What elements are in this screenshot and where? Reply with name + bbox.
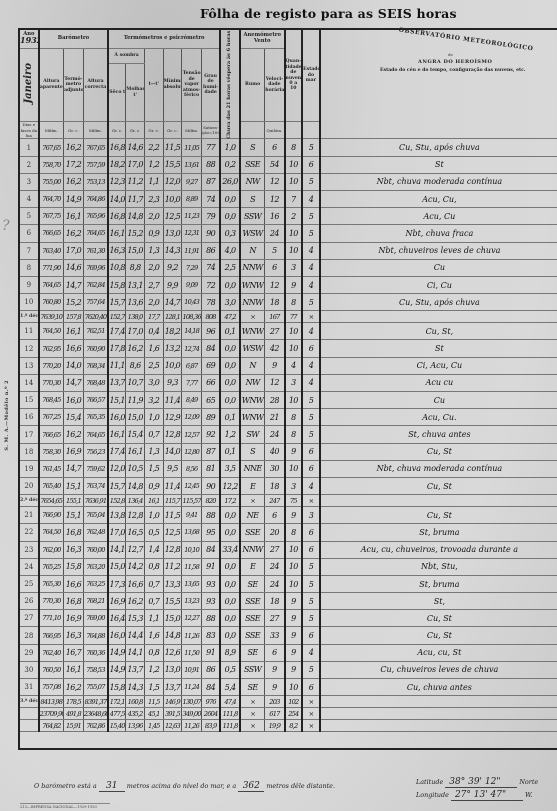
seco-cell: 14,0 <box>108 190 126 207</box>
alt-ap-cell: 755,00 <box>39 173 64 190</box>
min-cell: 18,2 <box>163 323 182 340</box>
day-cell: 26 <box>20 593 39 610</box>
nuv-cell: 10 <box>285 392 303 409</box>
alt-ap-cell: 758,30 <box>39 443 64 460</box>
diff-cell: 1,45 <box>144 720 163 732</box>
hum-cell: 74 <box>202 259 221 276</box>
chuva-cell: 0,0 <box>220 558 240 575</box>
seco-cell: 14,9 <box>108 661 126 678</box>
day-cell: 3 <box>20 173 39 190</box>
term-cell: 14,7 <box>64 374 84 391</box>
seco-cell: 16,1 <box>108 426 126 443</box>
nuv-cell: 9 <box>285 661 303 678</box>
remark-cell: Cu, Stu, após chuva <box>320 294 557 311</box>
term-cell: 15,8 <box>64 558 84 575</box>
molh-cell: 136,4 <box>126 495 145 507</box>
mar-cell: 6 <box>302 679 320 696</box>
vel-cell: 40 <box>265 443 285 460</box>
min-cell: 12,8 <box>163 426 182 443</box>
register-table: Ano 1932 Barómetro Termómetros e psicróm… <box>20 30 557 732</box>
hum-cell: 86 <box>202 661 221 678</box>
day-cell: 1 <box>20 139 39 156</box>
min-cell: 11,4 <box>163 477 182 494</box>
seco-cell: 15,8 <box>108 679 126 696</box>
tens-cell: 12,57 <box>182 426 202 443</box>
molh-cell: 14,3 <box>126 679 145 696</box>
vel-cell: 54 <box>265 156 285 173</box>
table-row: 17766,6516,2764,6516,115,40,712,812,5792… <box>20 426 557 443</box>
printer-imprint: 213—IMPRENSA NACIONAL—1929-1930 <box>20 803 110 809</box>
tens-cell: 130,07 <box>182 696 202 708</box>
rumo-cell: NE <box>240 507 265 524</box>
molh-cell: 12,7 <box>126 541 145 558</box>
alt-ap-cell: 765,40 <box>39 477 64 494</box>
chuva-cell: 12,2 <box>220 477 240 494</box>
alt-ap-cell: 764,50 <box>39 323 64 340</box>
table-row: 29762,4016,7760,3614,914,10,812,611,5091… <box>20 644 557 661</box>
molh-cell: 13,1 <box>126 276 145 293</box>
mar-cell: 6 <box>302 443 320 460</box>
tens-cell: 10,91 <box>182 661 202 678</box>
remark-cell: St, bruma <box>320 524 557 541</box>
vel-cell: 27 <box>265 610 285 627</box>
day-cell: 30 <box>20 661 39 678</box>
diff-header: t—t' <box>144 48 163 122</box>
table-row: 30760,5016,1758,5314,913,71,213,010,9186… <box>20 661 557 678</box>
hum-cell: 87 <box>202 443 221 460</box>
molh-cell: 14,6 <box>126 139 145 156</box>
day-cell: 9 <box>20 276 39 293</box>
alt-ap-cell: 767,75 <box>39 208 64 225</box>
hum-cell: 65 <box>202 392 221 409</box>
table-row: 18758,3016,9756,2317,416,11,314,012,8087… <box>20 443 557 460</box>
hum-cell: 90 <box>202 477 221 494</box>
table-row: 25765,3016,6763,2517,316,60,713,313,6593… <box>20 575 557 592</box>
rumo-cell: NNW <box>240 541 265 558</box>
table-row: 20765,4015,1763,7415,714,80,911,412,4590… <box>20 477 557 494</box>
table-row: 2758,7017,2757,5918,217,01,215,513,61880… <box>20 156 557 173</box>
nuvens-header: Quan-tidade de nuvens 0 a 10 <box>285 30 303 122</box>
alt-cor-cell: 761,30 <box>83 242 108 259</box>
rumo-cell: S <box>240 139 265 156</box>
diff-cell: 1,5 <box>144 460 163 477</box>
seco-cell: 17,8 <box>108 340 126 357</box>
rumo-cell: SSE <box>240 524 265 541</box>
vel-cell: 167 <box>265 311 285 323</box>
table-row: 28766,9516,3764,8816,014,41,614,811,2683… <box>20 627 557 644</box>
seco-cell: 16,0 <box>108 627 126 644</box>
table-row: 31757,0816,2755,0715,814,31,513,711,2484… <box>20 679 557 696</box>
molh-cell: 138,0 <box>126 311 145 323</box>
vel-cell: 21 <box>265 409 285 426</box>
rumo-cell: SW <box>240 426 265 443</box>
remark-cell: Cu, St <box>320 627 557 644</box>
remark-cell: Cu, chuveiros leves de chuva <box>320 661 557 678</box>
chuva-cell: 0,0 <box>220 575 240 592</box>
rumo-cell: NNE <box>240 460 265 477</box>
tens-cell: 11,58 <box>182 558 202 575</box>
min-cell: 391,5 <box>163 708 182 720</box>
mar-cell: 6 <box>302 340 320 357</box>
table-row: 9764,6514,7762,8415,813,12,79,99,09720,0… <box>20 276 557 293</box>
nuv-cell: 2 <box>285 208 303 225</box>
diff-cell: 1,3 <box>144 443 163 460</box>
alt-ap-cell: 765,25 <box>39 558 64 575</box>
rumo-cell: WSW <box>240 225 265 242</box>
alt-cor-cell: 766,57 <box>83 392 108 409</box>
tens-cell: 11,26 <box>182 627 202 644</box>
tens-cell: 7,77 <box>182 374 202 391</box>
molh-cell: 16,5 <box>126 524 145 541</box>
seco-cell: 15,1 <box>108 392 126 409</box>
diff-cell: 2,0 <box>144 259 163 276</box>
term-cell: 16,2 <box>64 679 84 696</box>
remark-cell: Acu, Cu. <box>320 409 557 426</box>
vel-cell: 6 <box>265 507 285 524</box>
seco-cell: 16,8 <box>108 139 126 156</box>
table-row: 12762,9516,6760,9017,816,21,613,212,7484… <box>20 340 557 357</box>
sea-distance: 362 <box>238 781 264 792</box>
term-cell: 14,0 <box>64 357 84 374</box>
chuva-cell: 5,4 <box>220 679 240 696</box>
tens-cell: 11,24 <box>182 679 202 696</box>
remark-cell: Nbt, chuva fraca <box>320 225 557 242</box>
chuva-cell: 0,0 <box>220 524 240 541</box>
termometros-group-header: Termómetros e psicrómetro <box>108 30 220 48</box>
min-cell: 13,2 <box>163 340 182 357</box>
tens-cell: 11,26 <box>182 720 202 732</box>
seco-cell: 15,40 <box>108 720 126 732</box>
seco-cell: 17,4 <box>108 443 126 460</box>
chuva-cell: 0,0 <box>220 190 240 207</box>
alt-ap-cell: 770,30 <box>39 374 64 391</box>
remark-cell: Cu <box>320 392 557 409</box>
chuva-cell: 111,8 <box>220 708 240 720</box>
molh-cell: 15,0 <box>126 409 145 426</box>
velocidade-header: Veloci-dade horária <box>265 48 285 122</box>
term-cell: 16,2 <box>64 173 84 190</box>
vel-cell: 12 <box>265 374 285 391</box>
mar-cell: 6 <box>302 524 320 541</box>
nuv-cell: 9 <box>285 507 303 524</box>
seco-cell: 17,0 <box>108 524 126 541</box>
termometro-adjunto-header: Termó-metro adjunto <box>64 48 84 122</box>
chuva-cell: 0,0 <box>220 276 240 293</box>
tens-cell: 13,65 <box>182 575 202 592</box>
margin-mark: ? <box>2 218 10 234</box>
tens-cell: 12,74 <box>182 340 202 357</box>
altura-aparente-header: Altura aparente <box>39 48 64 122</box>
seco-cell: 152,7 <box>108 311 126 323</box>
term-cell: 17,2 <box>64 156 84 173</box>
tens-cell: 115,57 <box>182 495 202 507</box>
table-row: 22764,5016,8762,4817,016,50,512,513,6895… <box>20 524 557 541</box>
chuva-cell: 0,0 <box>220 627 240 644</box>
nuv-cell: 10 <box>285 156 303 173</box>
hum-cell: 83 <box>202 627 221 644</box>
alt-ap-cell: 7654,65 <box>39 495 64 507</box>
term-cell: 16,2 <box>64 225 84 242</box>
chuva-cell: 0,0 <box>220 507 240 524</box>
vel-cell: 9 <box>265 679 285 696</box>
min-cell: 14,8 <box>163 627 182 644</box>
nuv-cell: 9 <box>285 443 303 460</box>
decade-label <box>20 720 39 732</box>
hum-cell: 84 <box>202 679 221 696</box>
min-cell: 9,9 <box>163 276 182 293</box>
chuva-cell: 3,5 <box>220 460 240 477</box>
diff-cell: 0,7 <box>144 593 163 610</box>
alt-cor-cell: 769,96 <box>83 259 108 276</box>
day-cell: 8 <box>20 259 39 276</box>
molh-cell: 14,2 <box>126 558 145 575</box>
day-cell: 10 <box>20 294 39 311</box>
alt-cor-cell: 760,00 <box>83 541 108 558</box>
remark-cell <box>320 720 557 732</box>
nuv-cell: 3 <box>285 259 303 276</box>
molh-cell: 8,6 <box>126 357 145 374</box>
remark-cell: St, chuva antes <box>320 426 557 443</box>
chuva-cell: 0,0 <box>220 374 240 391</box>
tens-cell: 9,09 <box>182 276 202 293</box>
tens-cell: 11,50 <box>182 644 202 661</box>
diff-cell: 2,5 <box>144 357 163 374</box>
day-cell: 13 <box>20 357 39 374</box>
mar-header: Estado do mar <box>302 30 320 122</box>
hum-cell: 83,9 <box>202 720 221 732</box>
day-cell: 28 <box>20 627 39 644</box>
term-cell: 15,1 <box>64 507 84 524</box>
term-cell: 16,1 <box>64 208 84 225</box>
min-cell: 128,1 <box>163 311 182 323</box>
tens-cell: 9,41 <box>182 507 202 524</box>
tens-cell: 13,23 <box>182 593 202 610</box>
sombra-header: À sombra <box>108 48 144 64</box>
vel-cell: 6 <box>265 139 285 156</box>
day-cell: 31 <box>20 679 39 696</box>
chuva-cell: 0,2 <box>220 156 240 173</box>
nuv-cell: 8 <box>285 524 303 541</box>
term-cell: 15,1 <box>64 477 84 494</box>
diff-cell: 11,5 <box>144 696 163 708</box>
term-cell: 14,7 <box>64 460 84 477</box>
alt-cor-cell: 759,62 <box>83 460 108 477</box>
diff-cell: 3,0 <box>144 374 163 391</box>
table-row: 13770,2014,0768,3411,18,62,510,06,87690,… <box>20 357 557 374</box>
table-row: 19761,4514,7759,6212,010,51,59,58,56813,… <box>20 460 557 477</box>
nuv-cell: 10 <box>285 340 303 357</box>
table-row: 8771,9014,6769,9610,88,82,09,27,29742,5N… <box>20 259 557 276</box>
molh-cell: 11,7 <box>126 190 145 207</box>
molh-cell: 15,2 <box>126 225 145 242</box>
min-cell: 13,7 <box>163 679 182 696</box>
alt-cor-cell: 767,65 <box>83 139 108 156</box>
term-cell: 15,4 <box>64 409 84 426</box>
rumo-cell: WNW <box>240 276 265 293</box>
tens-cell: 9,27 <box>182 173 202 190</box>
nuv-cell: 77 <box>285 311 303 323</box>
mar-cell: 5 <box>302 558 320 575</box>
rumo-cell: WNW <box>240 323 265 340</box>
alt-ap-cell: 758,70 <box>39 156 64 173</box>
term-cell: 16,2 <box>64 426 84 443</box>
min-cell: 14,3 <box>163 242 182 259</box>
table-row: 15768,4516,0766,5715,111,93,211,48,49650… <box>20 392 557 409</box>
tens-cell: 14,18 <box>182 323 202 340</box>
diff-cell: 45,1 <box>144 708 163 720</box>
chuva-cell: 111,8 <box>220 720 240 732</box>
min-cell: 9,2 <box>163 259 182 276</box>
diff-cell: 2,7 <box>144 276 163 293</box>
nuv-cell: 4 <box>285 357 303 374</box>
nuv-cell: 8 <box>285 409 303 426</box>
remark-cell <box>320 696 557 708</box>
diff-cell: 1,5 <box>144 679 163 696</box>
table-row: 3755,0016,2753,1312,311,21,112,09,278726… <box>20 173 557 190</box>
alt-cor-cell: 23648,68 <box>83 708 108 720</box>
tens-cell: 8,49 <box>182 392 202 409</box>
rumo-cell: SE <box>240 575 265 592</box>
seco-cell: 17,3 <box>108 575 126 592</box>
diff-cell: 2,0 <box>144 294 163 311</box>
seco-cell: 477,5 <box>108 708 126 720</box>
tens-cell: 10,10 <box>182 541 202 558</box>
anemometro-group-header: Anemómetro Vento <box>240 30 285 48</box>
nuv-cell: 8 <box>285 139 303 156</box>
hum-cell: 93 <box>202 575 221 592</box>
diff-cell: 1,2 <box>144 661 163 678</box>
nuv-cell: 3 <box>285 477 303 494</box>
diff-cell: 2,2 <box>144 139 163 156</box>
alt-ap-cell: 764,50 <box>39 524 64 541</box>
decade-summary-row: 2.ª década7654,65155,17636,91152,8136,41… <box>20 495 557 507</box>
month-header: Janeiro <box>20 48 39 122</box>
hum-cell: 91 <box>202 644 221 661</box>
term-cell: 14,7 <box>64 276 84 293</box>
alt-ap-cell: 761,45 <box>39 460 64 477</box>
min-cell: 10,0 <box>163 190 182 207</box>
vel-cell: 27 <box>265 541 285 558</box>
term-cell: 16,8 <box>64 524 84 541</box>
diff-cell: 0,9 <box>144 225 163 242</box>
hum-cell: 820 <box>202 495 221 507</box>
remark-cell: Acu, Cu, <box>320 190 557 207</box>
term-cell: 17,0 <box>64 242 84 259</box>
seco-cell: 16,9 <box>108 593 126 610</box>
mar-cell: 6 <box>302 541 320 558</box>
nuv-cell: 9 <box>285 610 303 627</box>
term-cell: 16,8 <box>64 593 84 610</box>
min-cell: 115,7 <box>163 495 182 507</box>
chuva-cell: 0,1 <box>220 443 240 460</box>
alt-cor-cell: 757,59 <box>83 156 108 173</box>
chuva-cell: 26,0 <box>220 173 240 190</box>
remark-cell <box>320 495 557 507</box>
nuv-cell: 10 <box>285 541 303 558</box>
vel-cell: 18 <box>265 294 285 311</box>
mar-cell: 5 <box>302 610 320 627</box>
alt-ap-cell: 770,20 <box>39 357 64 374</box>
rumo-cell: N <box>240 357 265 374</box>
chuva-cell: 0,3 <box>220 225 240 242</box>
mar-cell: 4 <box>302 644 320 661</box>
day-cell: 4 <box>20 190 39 207</box>
mar-cell: 4 <box>302 477 320 494</box>
alt-cor-cell: 760,36 <box>83 644 108 661</box>
hum-cell: 93 <box>202 593 221 610</box>
term-cell: 16,0 <box>64 392 84 409</box>
seco-cell: 12,0 <box>108 460 126 477</box>
hum-cell: 91 <box>202 558 221 575</box>
rumo-cell: E <box>240 477 265 494</box>
hum-cell: 90 <box>202 225 221 242</box>
alt-cor-cell: 758,53 <box>83 661 108 678</box>
mar-cell: 6 <box>302 156 320 173</box>
min-cell: 13,0 <box>163 225 182 242</box>
table-row: 26770,3016,8768,2116,916,20,715,513,2393… <box>20 593 557 610</box>
molh-cell: 14,8 <box>126 208 145 225</box>
alt-cor-cell: 760,90 <box>83 340 108 357</box>
diff-cell: 1,0 <box>144 507 163 524</box>
alt-ap-cell: 764,65 <box>39 276 64 293</box>
alt-cor-cell: 753,13 <box>83 173 108 190</box>
latitude: Latitude 38° 39' 12" Norte <box>416 777 538 788</box>
term-cell: 16,6 <box>64 340 84 357</box>
term-cell: 155,1 <box>64 495 84 507</box>
molh-cell: 17,0 <box>126 156 145 173</box>
barometer-height: 31 <box>99 781 125 792</box>
vel-cell: 247 <box>265 495 285 507</box>
day-cell: 18 <box>20 443 39 460</box>
rumo-cell: S <box>240 443 265 460</box>
hum-cell: 78 <box>202 294 221 311</box>
diff-cell: 1,4 <box>144 541 163 558</box>
vel-cell: 12 <box>265 190 285 207</box>
min-cell: 13,0 <box>163 661 182 678</box>
remark-cell: Acu cu <box>320 374 557 391</box>
diff-cell: 0,8 <box>144 558 163 575</box>
nuv-cell: 7 <box>285 190 303 207</box>
chuva-cell: 0,1 <box>220 323 240 340</box>
table-row: 21766,9015,1765,0413,812,81,011,59,41880… <box>20 507 557 524</box>
molh-cell: 13,6 <box>126 294 145 311</box>
alt-cor-cell: 768,21 <box>83 593 108 610</box>
chuva-cell: 1,2 <box>220 426 240 443</box>
mar-cell: 4 <box>302 190 320 207</box>
diff-cell: 16,1 <box>144 495 163 507</box>
seco-cell: 16,4 <box>108 610 126 627</box>
chuva-cell: 0,0 <box>220 593 240 610</box>
mar-cell: 4 <box>302 357 320 374</box>
chuva-cell: 0,0 <box>220 610 240 627</box>
diff-cell: 1,0 <box>144 409 163 426</box>
chuva-cell: 0,0 <box>220 357 240 374</box>
remark-cell: Nbt, chuva moderada contínua <box>320 460 557 477</box>
barometer-note: O barómetro está a 31 metros acima do ní… <box>34 781 335 792</box>
remark-cell: Cu, St <box>320 610 557 627</box>
nuv-cell: 10 <box>285 558 303 575</box>
day-cell: 16 <box>20 409 39 426</box>
nuv-cell: 10 <box>285 225 303 242</box>
chuva-cell: 0,0 <box>220 392 240 409</box>
min-cell: 12,8 <box>163 541 182 558</box>
alt-ap-cell: 763,40 <box>39 242 64 259</box>
rumo-cell: S <box>240 190 265 207</box>
mar-cell: 5 <box>302 575 320 592</box>
remark-cell: Acu, cu, chuveiros, trovoada durante a <box>320 541 557 558</box>
min-cell: 12,5 <box>163 524 182 541</box>
mar-cell: 5 <box>302 225 320 242</box>
